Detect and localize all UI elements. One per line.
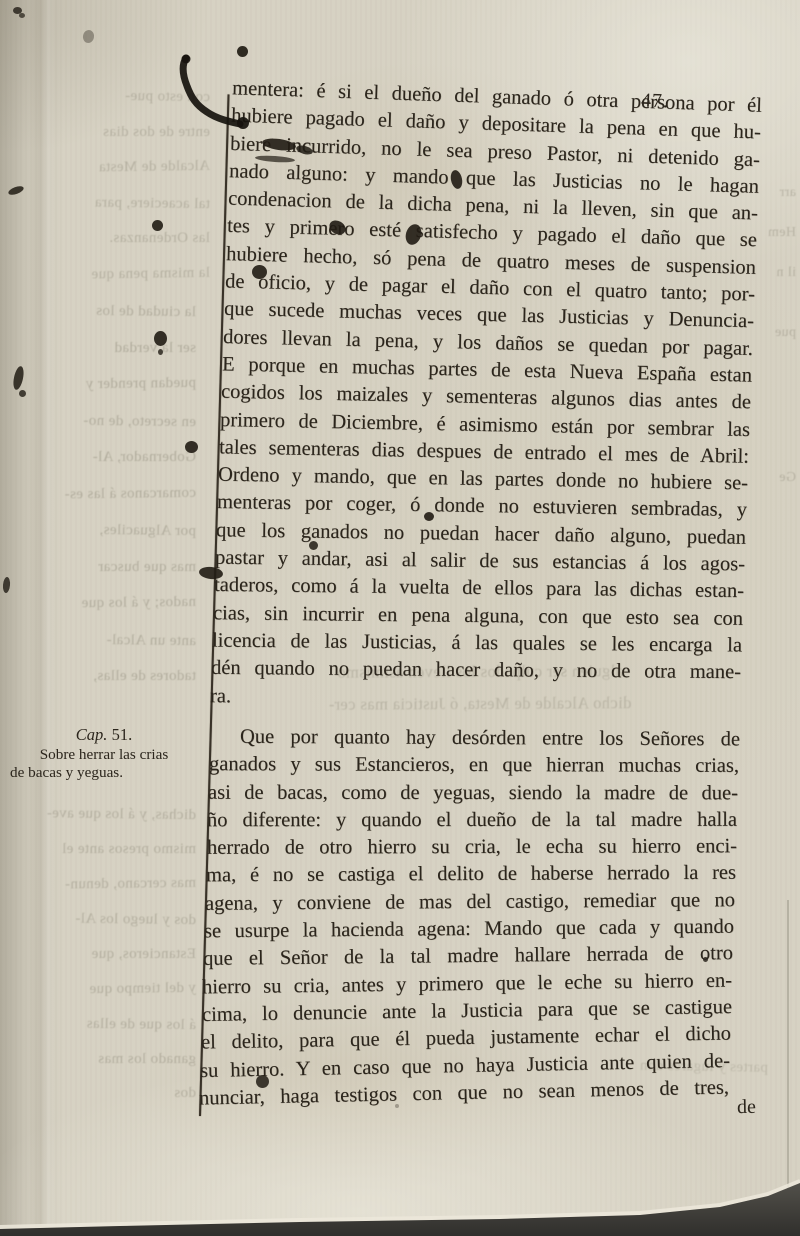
showthrough-text: mas que buscar xyxy=(8,559,196,576)
text-line: ra. xyxy=(210,683,740,714)
ink-blot xyxy=(424,512,434,521)
body-paragraph-2: Que por quanto hay desórden entre los Se… xyxy=(202,725,742,1107)
showthrough-text: comarcanos á las es- xyxy=(8,484,196,503)
ink-blot xyxy=(19,13,25,18)
ink-blot xyxy=(309,541,318,550)
showthrough-text: en secreto, de no- xyxy=(8,411,196,430)
ink-blot xyxy=(19,390,26,397)
showthrough-text: dos xyxy=(8,1085,196,1104)
showthrough-text: tal acaeciere, para xyxy=(40,193,210,212)
ink-blot xyxy=(703,957,708,962)
showthrough-text: pue xyxy=(764,325,796,341)
text-line: ma, é no se castiga el delito de haberse… xyxy=(206,860,736,890)
showthrough-text: ganado los mas xyxy=(8,1051,196,1068)
showthrough-text: la misma pena que xyxy=(40,264,210,283)
body-paragraph-1: mentera: é si el dueño del ganado ó otra… xyxy=(202,84,742,712)
showthrough-text: por Alguaciles, xyxy=(8,521,196,540)
showthrough-text: entre de dos dias xyxy=(40,124,210,141)
text-line: herrado de otro hierro su cria, le echa … xyxy=(207,833,737,862)
showthrough-text: con esto pue- xyxy=(40,87,210,106)
showthrough-text: Estancieros, que xyxy=(8,946,196,963)
margin-note-line: de bacas y yeguas. xyxy=(10,764,198,783)
margin-note-line: Sobre herrar las crias xyxy=(10,746,198,765)
page-edge-crease xyxy=(787,900,789,1200)
text-line: ganados y sus Estancieros, en que hierra… xyxy=(209,751,739,780)
ink-blot xyxy=(154,331,167,346)
chapter-number: 51. xyxy=(112,725,133,744)
showthrough-text: y del tiempo que xyxy=(8,980,196,999)
showthrough-text: arr xyxy=(764,185,796,201)
ink-blot xyxy=(395,1104,399,1108)
showthrough-text: las Ordenanzas. xyxy=(40,230,210,247)
catchword: de xyxy=(737,1096,756,1119)
ink-blot xyxy=(256,1075,269,1088)
showthrough-text: mas cercano, denun- xyxy=(8,875,196,894)
chapter-label: Cap. xyxy=(76,725,108,744)
showthrough-text: ser la verdad xyxy=(8,340,196,357)
text-line: asi de bacas, como de yeguas, siendo la … xyxy=(208,779,738,807)
ink-blot xyxy=(252,265,267,279)
showthrough-text: Hem xyxy=(764,225,796,241)
scanned-page: con esto pue-entre de dos diasAlcalde de… xyxy=(0,0,800,1236)
showthrough-text: Gobernador, Al- xyxy=(8,449,196,466)
ink-blot xyxy=(185,441,198,453)
showthrough-text: dichas, y á los que ave- xyxy=(8,805,196,824)
ink-blot xyxy=(152,220,163,231)
text-line: Que por quanto hay desórden entre los Se… xyxy=(210,724,740,754)
ink-blot xyxy=(237,46,248,57)
showthrough-text: puedan prender y xyxy=(8,375,196,394)
showthrough-text: la ciudad de los xyxy=(8,302,196,321)
showthrough-text: ante un Alcal- xyxy=(8,630,196,649)
showthrough-text: il n xyxy=(764,265,796,281)
showthrough-text: á los que de ellas xyxy=(8,1015,196,1034)
showthrough-text: mismo presos ante el xyxy=(8,841,196,858)
text-line: ño diferente: y quando el dueño de la ta… xyxy=(207,807,737,835)
ink-blot xyxy=(158,349,163,355)
text-line: dén quando no puedan hacer daño, y no de… xyxy=(211,655,741,687)
showthrough-text: nados; y á los que xyxy=(8,594,196,613)
showthrough-text: Alcalde de Mesta xyxy=(40,158,210,177)
chapter-heading: Cap. 51. xyxy=(10,726,198,745)
showthrough-text: Ge xyxy=(764,470,796,486)
showthrough-text: tadores de ellas, xyxy=(8,668,196,685)
showthrough-text: dos y luego los Al- xyxy=(8,910,196,929)
margin-note: Cap. 51. Sobre herrar las crias de bacas… xyxy=(10,726,198,783)
text-line: agena, y conviene de mas del castigo, re… xyxy=(205,887,735,918)
